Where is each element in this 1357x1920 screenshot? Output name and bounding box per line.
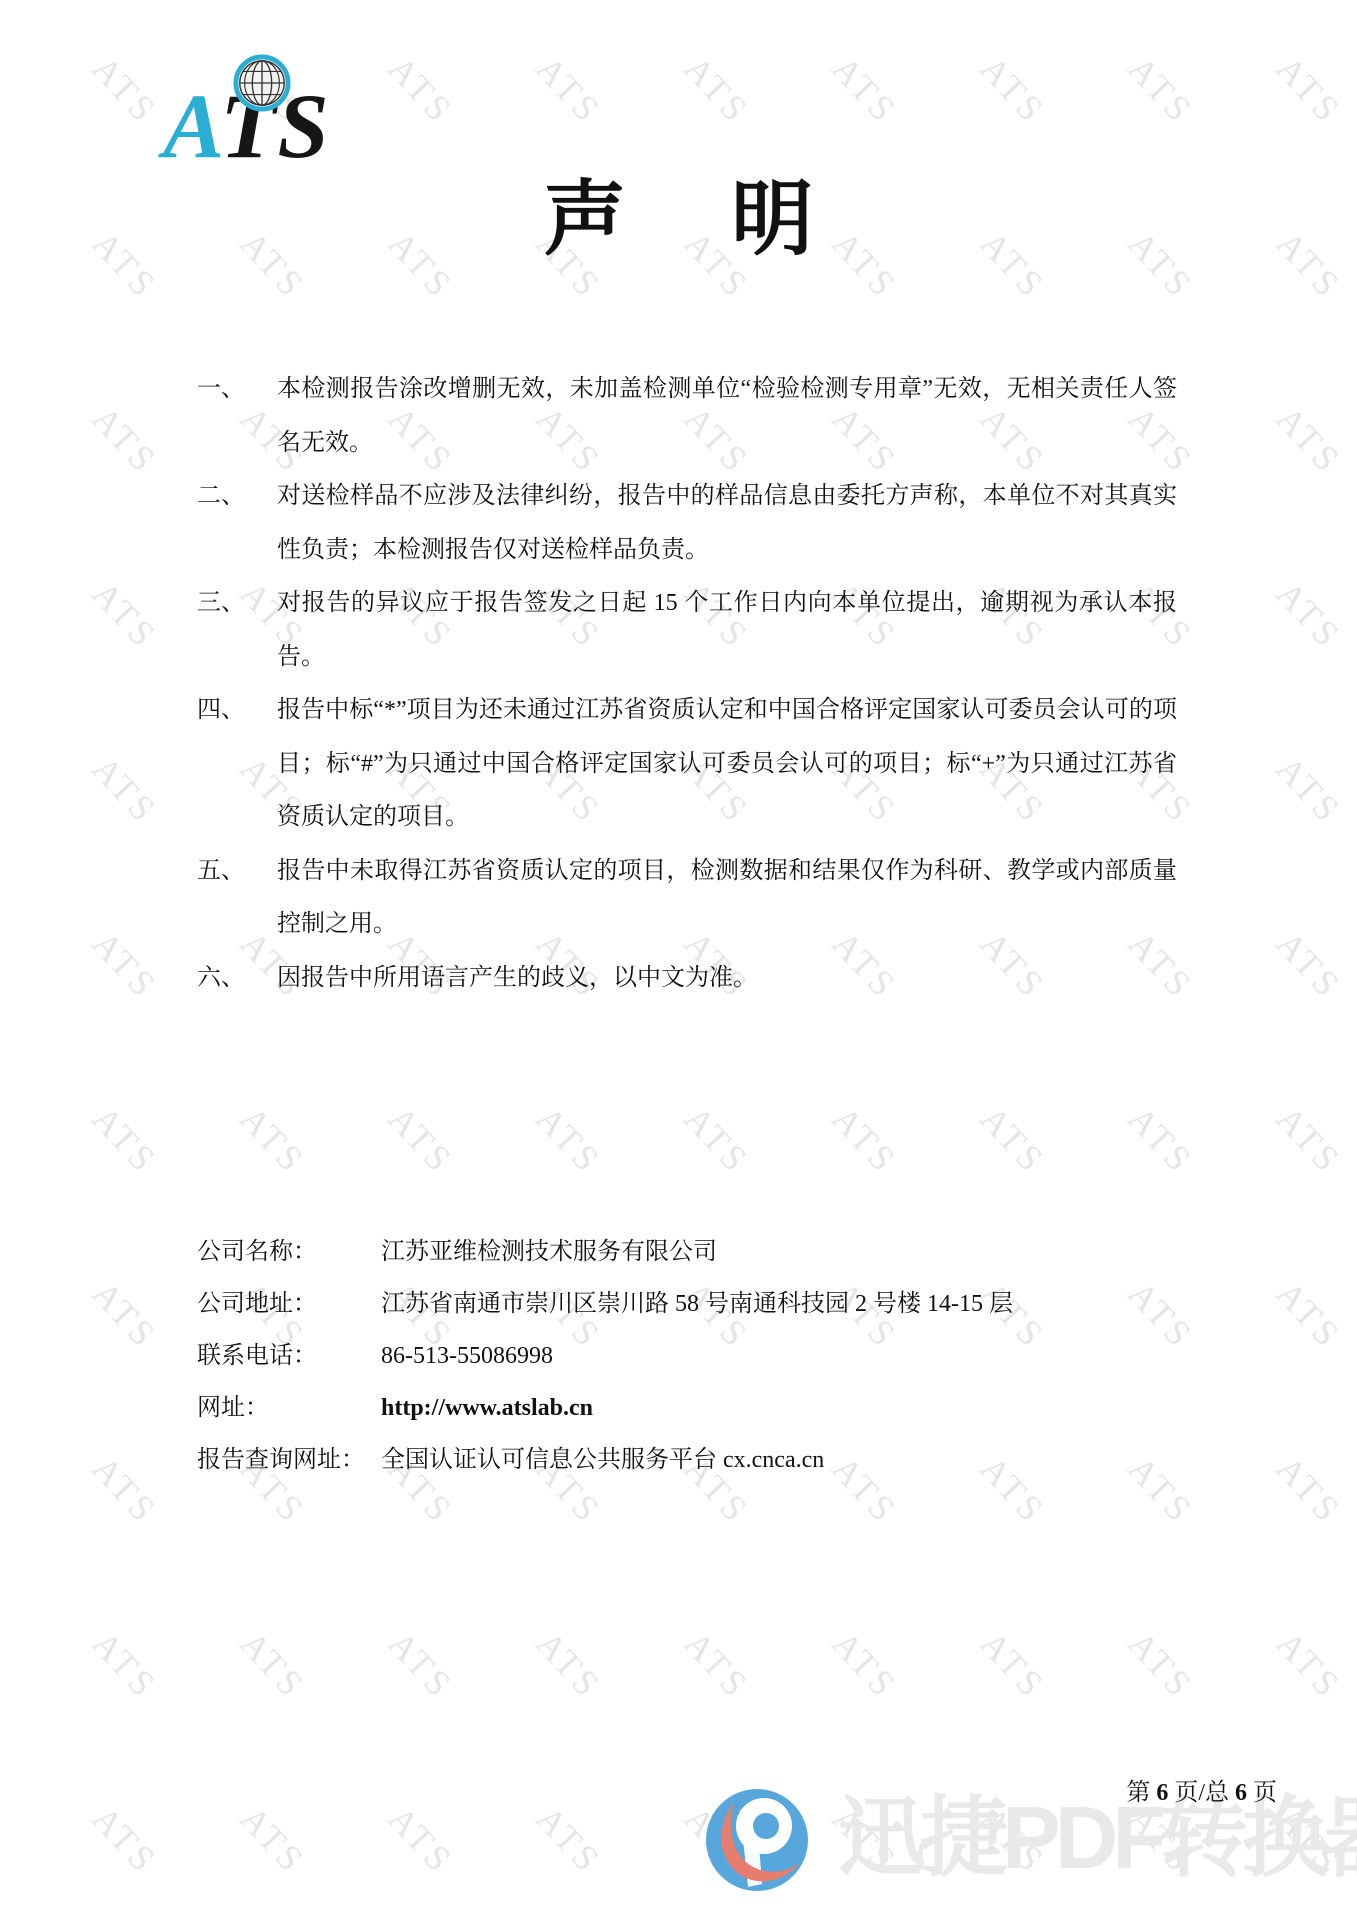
statement-item-4: 四、 报告中标“*”项目为还未通过江苏省资质认定和中国合格评定国家认可委员会认可… xyxy=(197,684,1177,845)
statement-item-1: 一、 本检测报告涂改增删无效，未加盖检测单位“检验检测专用章”无效，无相关责任人… xyxy=(197,363,1177,470)
globe-icon xyxy=(233,54,291,112)
current-page: 6 xyxy=(1156,1780,1168,1806)
page-title: 声 明 xyxy=(0,170,1357,270)
item-text: 对送检样品不应涉及法律纠纷，报告中的样品信息由委托方声称，本单位不对其真实性负责… xyxy=(277,470,1177,577)
logo-letter-a: A xyxy=(163,75,220,177)
item-text: 本检测报告涂改增删无效，未加盖检测单位“检验检测专用章”无效，无相关责任人签名无… xyxy=(277,363,1177,470)
company-phone-value: 86-513-55086998 xyxy=(381,1330,553,1382)
company-row-website: 网址： http://www.atslab.cn xyxy=(197,1382,1013,1434)
item-text: 报告中标“*”项目为还未通过江苏省资质认定和中国合格评定国家认可委员会认可的项目… xyxy=(277,684,1177,845)
page-number-suffix: 页 xyxy=(1247,1780,1277,1806)
company-address-value: 江苏省南通市崇川区崇川路 58 号南通科技园 2 号楼 14-15 层 xyxy=(381,1278,1013,1330)
page-number-mid: 页/总 xyxy=(1168,1780,1235,1806)
company-name-value: 江苏亚维检测技术服务有限公司 xyxy=(381,1226,717,1278)
total-pages: 6 xyxy=(1235,1780,1247,1806)
statement-item-6: 六、 因报告中所用语言产生的歧义，以中文为准。 xyxy=(197,952,1177,1006)
statement-list: 一、 本检测报告涂改增删无效，未加盖检测单位“检验检测专用章”无效，无相关责任人… xyxy=(197,363,1177,1005)
pdf-converter-watermark-text: 迅捷PDF转换器 xyxy=(838,1792,1357,1884)
pdf-converter-logo-icon xyxy=(700,1788,818,1892)
item-number: 一、 xyxy=(197,363,245,417)
company-row-report-query: 报告查询网址： 全国认证认可信息公共服务平台 cx.cnca.cn xyxy=(197,1434,1013,1486)
company-label: 报告查询网址： xyxy=(197,1434,381,1486)
company-website-value: http://www.atslab.cn xyxy=(381,1382,593,1434)
statement-item-5: 五、 报告中未取得江苏省资质认定的项目，检测数据和结果仅作为科研、教学或内部质量… xyxy=(197,845,1177,952)
page-number-prefix: 第 xyxy=(1126,1780,1156,1806)
company-row-address: 公司地址： 江苏省南通市崇川区崇川路 58 号南通科技园 2 号楼 14-15 … xyxy=(197,1278,1013,1330)
item-text: 因报告中所用语言产生的歧义，以中文为准。 xyxy=(277,952,1177,1006)
company-row-name: 公司名称： 江苏亚维检测技术服务有限公司 xyxy=(197,1226,1013,1278)
ats-logo: ATS xyxy=(160,30,370,175)
company-label: 联系电话： xyxy=(197,1330,381,1382)
item-text: 报告中未取得江苏省资质认定的项目，检测数据和结果仅作为科研、教学或内部质量控制之… xyxy=(277,845,1177,952)
company-label: 网址： xyxy=(197,1382,381,1434)
company-row-phone: 联系电话： 86-513-55086998 xyxy=(197,1330,1013,1382)
page-number: 第 6 页/总 6 页 xyxy=(1126,1778,1277,1808)
declaration-page: ATS 声 明 一、 本检测报告涂改增删无效，未加盖检测单位“检验检测专用章”无… xyxy=(0,0,1357,1920)
item-text: 对报告的异议应于报告签发之日起 15 个工作日内向本单位提出，逾期视为承认本报告… xyxy=(277,577,1177,684)
company-info: 公司名称： 江苏亚维检测技术服务有限公司 公司地址： 江苏省南通市崇川区崇川路 … xyxy=(197,1226,1013,1486)
company-label: 公司地址： xyxy=(197,1278,381,1330)
item-number: 二、 xyxy=(197,470,245,524)
item-number: 五、 xyxy=(197,845,245,899)
item-number: 六、 xyxy=(197,952,245,1006)
company-label: 公司名称： xyxy=(197,1226,381,1278)
statement-item-3: 三、 对报告的异议应于报告签发之日起 15 个工作日内向本单位提出，逾期视为承认… xyxy=(197,577,1177,684)
company-report-query-value: 全国认证认可信息公共服务平台 cx.cnca.cn xyxy=(381,1434,824,1486)
item-number: 三、 xyxy=(197,577,245,631)
item-number: 四、 xyxy=(197,684,245,738)
statement-item-2: 二、 对送检样品不应涉及法律纠纷，报告中的样品信息由委托方声称，本单位不对其真实… xyxy=(197,470,1177,577)
